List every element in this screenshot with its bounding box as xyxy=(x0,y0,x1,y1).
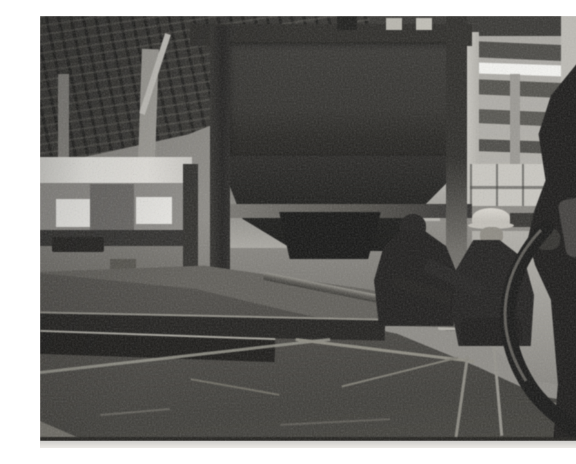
photo-scene xyxy=(40,16,576,441)
photo xyxy=(40,16,576,448)
vignette-shading xyxy=(40,16,576,441)
photo-bottom-margin xyxy=(40,441,576,448)
